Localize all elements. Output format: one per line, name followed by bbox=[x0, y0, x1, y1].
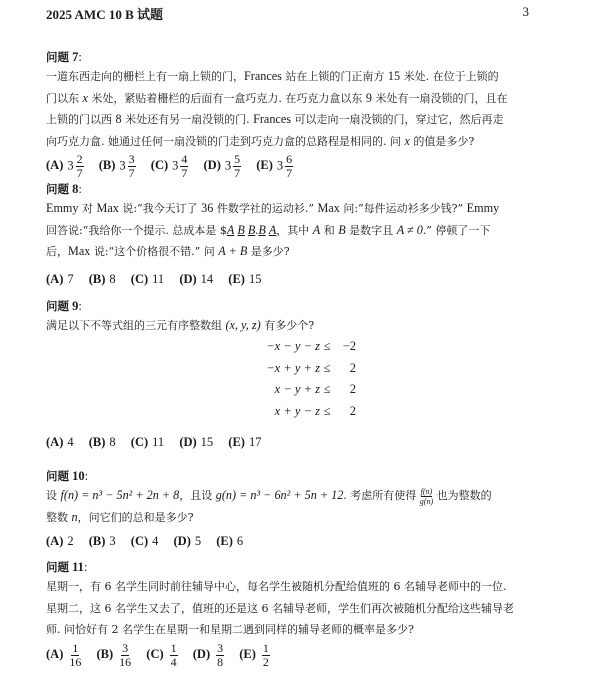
text-fragment: : bbox=[78, 299, 81, 313]
text-fragment: A + B bbox=[218, 244, 247, 258]
text-fragment: 3 bbox=[128, 153, 136, 167]
text-fragment: 8 bbox=[109, 272, 115, 286]
text-fragment: 2 bbox=[334, 379, 356, 401]
text-fragment: 16 bbox=[119, 656, 131, 669]
text-fragment: Frances bbox=[244, 69, 282, 83]
choice-a[interactable]: (A)116 bbox=[46, 642, 81, 669]
text-fragment: : bbox=[84, 560, 87, 574]
text-fragment: ，且设 bbox=[179, 489, 216, 502]
text-fragment: : bbox=[78, 50, 81, 64]
text-fragment: 问题 bbox=[46, 299, 69, 313]
text-fragment: 说:“这个价格很不错.” 问 bbox=[90, 245, 218, 258]
text-fragment: ≤ bbox=[320, 358, 334, 380]
text-fragment: 3 bbox=[172, 158, 178, 172]
text-fragment: 15 bbox=[249, 272, 262, 286]
inequality-system: −x − y − z≤−2 −x + y + z≤2 x − y + z≤2 x… bbox=[230, 336, 356, 422]
text-fragment: (B) bbox=[96, 647, 113, 661]
choice-b[interactable]: (B)337 bbox=[99, 153, 136, 180]
text-fragment: 站在上锁的门正南方 bbox=[282, 70, 388, 83]
fraction: 57 bbox=[233, 153, 241, 180]
text-fragment: 3 bbox=[277, 158, 283, 172]
page-header: 2025 AMC 10 B 试题 3 bbox=[46, 4, 529, 22]
text-fragment: 7 bbox=[234, 167, 240, 180]
text-fragment: (B) bbox=[89, 534, 106, 548]
choice-e[interactable]: (E)367 bbox=[256, 153, 293, 180]
text-fragment: (A) bbox=[46, 158, 63, 172]
text-fragment: (E) bbox=[228, 435, 245, 449]
text-fragment: B bbox=[248, 223, 255, 237]
text-fragment: 上锁的门以西 bbox=[46, 113, 116, 126]
text-fragment: 2 bbox=[334, 358, 356, 380]
choice-b[interactable]: (B)316 bbox=[96, 642, 131, 669]
text-fragment: 问题 bbox=[46, 50, 69, 64]
choice-a[interactable]: (A)4 bbox=[46, 431, 74, 453]
text-fragment: 米处，紧贴着栅栏的后面有一盒巧克力. 在巧克力盒以东 bbox=[88, 92, 366, 105]
text-fragment: B bbox=[237, 223, 244, 237]
text-fragment: 10 bbox=[72, 469, 85, 483]
choice-b[interactable]: (B)8 bbox=[89, 431, 116, 453]
text-fragment: 满足以下不等式组的三元有序整数组 bbox=[46, 319, 226, 332]
text-fragment: g(n) = n³ − 6n² + 5n + 12 bbox=[216, 488, 344, 502]
text-fragment: (A) bbox=[46, 435, 63, 449]
text-fragment: Frances bbox=[253, 112, 291, 126]
fraction: 27 bbox=[76, 153, 84, 180]
text-fragment: 1 bbox=[262, 642, 270, 656]
text-fragment: 星期一，有 6 名学生同时前往辅导中心，每名学生被随机分配给值班的 6 名辅导老… bbox=[46, 576, 536, 598]
text-fragment: ≤ bbox=[320, 336, 334, 358]
text-fragment: −x − y − z bbox=[230, 336, 320, 358]
question-body: 星期一，有 6 名学生同时前往辅导中心，每名学生被随机分配给值班的 6 名辅导老… bbox=[46, 576, 536, 641]
text-fragment: 整数 bbox=[46, 511, 72, 524]
fraction: 316 bbox=[119, 642, 131, 669]
choice-c[interactable]: (C)347 bbox=[151, 153, 189, 180]
text-fragment: (C) bbox=[131, 534, 148, 548]
choice-e[interactable]: (E)17 bbox=[228, 431, 261, 453]
text-fragment: g(n) bbox=[420, 497, 433, 506]
inequality-row: −x + y + z≤2 bbox=[230, 358, 356, 380]
text-fragment: (x, y, z) bbox=[226, 318, 261, 332]
text-fragment: 星期二，这 6 名学生又去了，值班的还是这 6 名辅导老师，学生们再次被随机分配… bbox=[46, 598, 536, 620]
text-fragment: 7 bbox=[67, 272, 73, 286]
text-fragment: 36 bbox=[201, 201, 213, 215]
text-fragment: 回答说:“我给你一个提示. 总成本是 $ bbox=[46, 224, 227, 237]
text-fragment: 是数字且 bbox=[346, 224, 397, 237]
text-fragment: Max bbox=[68, 244, 90, 258]
choice-b[interactable]: (B)3 bbox=[89, 530, 116, 552]
text-fragment: 8 bbox=[217, 656, 223, 669]
question-body: 满足以下不等式组的三元有序整数组 (x, y, z) 有多少个? bbox=[46, 315, 536, 337]
fraction: 12 bbox=[262, 642, 270, 669]
text-fragment: 3 bbox=[225, 158, 231, 172]
text-fragment: f(n) bbox=[421, 487, 433, 497]
choice-d[interactable]: (D)15 bbox=[179, 431, 213, 453]
text-fragment: (D) bbox=[179, 272, 196, 286]
text-fragment: (A) bbox=[46, 272, 63, 286]
text-fragment: (E) bbox=[239, 647, 256, 661]
choice-e[interactable]: (E)12 bbox=[239, 642, 270, 669]
question-11: 问题 11: 星期一，有 6 名学生同时前往辅导中心，每名学生被随机分配给值班的… bbox=[46, 558, 536, 669]
question-7: 问题 7: 一道东西走向的栅栏上有一扇上锁的门，Frances 站在上锁的门正南… bbox=[46, 48, 536, 180]
choice-d[interactable]: (D)5 bbox=[174, 530, 202, 552]
text-fragment: (C) bbox=[131, 272, 148, 286]
text-fragment: (D) bbox=[174, 534, 191, 548]
text-fragment: 米处有一扇没锁的门，且在 bbox=[372, 92, 508, 105]
inequality-row: −x − y − z≤−2 bbox=[230, 336, 356, 358]
text-fragment: 14 bbox=[201, 272, 214, 286]
answer-choices: (A)7 (B)8 (C)11 (D)14 (E)15 bbox=[46, 267, 536, 290]
text-fragment: (E) bbox=[256, 158, 273, 172]
text-fragment: 向巧克力盒. 她通过任何一扇没锁的门走到巧克力盒的总路程是相同的. 问 bbox=[46, 135, 404, 148]
answer-choices: (A)116 (B)316 (C)14 (D)38 (E)12 bbox=[46, 642, 536, 669]
text-fragment: 米处. 在位于上锁的 bbox=[400, 70, 499, 83]
question-8: 问题 8: Emmy 对 Max 说:“我今天订了 36 件数学社的运动衫.” … bbox=[46, 180, 536, 290]
page-number: 3 bbox=[523, 4, 530, 20]
text-fragment: (A) bbox=[46, 534, 63, 548]
text-fragment: 11 bbox=[152, 272, 164, 286]
fraction: 47 bbox=[180, 153, 188, 180]
text-fragment: 和 bbox=[320, 224, 338, 237]
text-fragment: 也为整数的 bbox=[433, 489, 492, 502]
text-fragment: (D) bbox=[179, 435, 196, 449]
question-title: 问题 7: bbox=[46, 48, 536, 66]
text-fragment: 有多少个? bbox=[261, 319, 314, 332]
text-fragment: 师. 问恰好有 2 名学生在星期一和星期二遇到同样的辅导老师的概率是多少? bbox=[46, 619, 536, 641]
text-fragment: 8 bbox=[109, 435, 115, 449]
text-fragment: x + y − z bbox=[230, 401, 320, 423]
text-fragment: ≤ bbox=[320, 379, 334, 401]
text-fragment: 4 bbox=[67, 435, 73, 449]
text-fragment: 米处还有另一扇没锁的门. bbox=[122, 113, 254, 126]
text-fragment: Max bbox=[317, 201, 339, 215]
fraction: 67 bbox=[285, 153, 293, 180]
text-fragment: 问题 bbox=[46, 560, 69, 574]
fraction-f-over-g: f(n)g(n) bbox=[420, 487, 433, 506]
choice-d[interactable]: (D)357 bbox=[204, 153, 242, 180]
text-fragment: −2 bbox=[334, 336, 356, 358]
text-fragment: (B) bbox=[89, 272, 106, 286]
text-fragment: (E) bbox=[228, 272, 245, 286]
document-title: 2025 AMC 10 B 试题 bbox=[46, 7, 163, 22]
choice-a[interactable]: (A)327 bbox=[46, 153, 84, 180]
text-fragment: 16 bbox=[69, 656, 81, 669]
text-fragment: : bbox=[78, 182, 81, 196]
choice-c[interactable]: (C)14 bbox=[146, 642, 177, 669]
question-title: 问题 9: bbox=[46, 297, 536, 315]
text-fragment: 6 bbox=[237, 534, 243, 548]
text-fragment: (A) bbox=[46, 647, 63, 661]
text-fragment: 17 bbox=[249, 435, 262, 449]
text-fragment: 11 bbox=[72, 560, 84, 574]
question-title: 问题 8: bbox=[46, 180, 536, 198]
answer-choices: (A)2 (B)3 (C)4 (D)5 (E)6 bbox=[46, 529, 536, 552]
choice-a[interactable]: (A)7 bbox=[46, 268, 74, 290]
text-fragment: Emmy bbox=[46, 201, 79, 215]
text-fragment: 问:“每件运动衫多少钱?” bbox=[340, 202, 467, 215]
text-fragment: 门以东 bbox=[46, 92, 83, 105]
text-fragment: (C) bbox=[151, 158, 168, 172]
text-fragment: ，问它们的总和是多少? bbox=[78, 511, 194, 524]
text-fragment: (C) bbox=[146, 647, 163, 661]
fraction: 38 bbox=[216, 642, 224, 669]
fraction: 14 bbox=[170, 642, 178, 669]
text-fragment: 6 bbox=[285, 153, 293, 167]
text-fragment: 一道东西走向的栅栏上有一扇上锁的门， bbox=[46, 70, 244, 83]
text-fragment: B bbox=[338, 223, 345, 237]
choice-d[interactable]: (D)14 bbox=[179, 268, 213, 290]
text-fragment: ≤ bbox=[320, 401, 334, 423]
text-fragment: 3 bbox=[121, 642, 129, 656]
text-fragment: (D) bbox=[204, 158, 221, 172]
text-fragment: 15 bbox=[388, 69, 400, 83]
text-fragment: 2 bbox=[334, 401, 356, 423]
choice-c[interactable]: (C)11 bbox=[131, 431, 164, 453]
question-body: 设 f(n) = n³ − 5n² + 2n + 8，且设 g(n) = n³ … bbox=[46, 485, 536, 528]
text-fragment: 15 bbox=[201, 435, 214, 449]
text-fragment: 2 bbox=[67, 534, 73, 548]
answer-choices: (A)4 (B)8 (C)11 (D)15 (E)17 bbox=[46, 430, 536, 453]
text-fragment: 5 bbox=[233, 153, 241, 167]
text-fragment: (E) bbox=[216, 534, 233, 548]
text-fragment: 的值是多少? bbox=[410, 135, 474, 148]
question-body: Emmy 对 Max 说:“我今天订了 36 件数学社的运动衫.” Max 问:… bbox=[46, 198, 536, 263]
text-fragment: 设 bbox=[46, 489, 61, 502]
text-fragment: 7 bbox=[286, 167, 292, 180]
text-fragment: (C) bbox=[131, 435, 148, 449]
text-fragment: Max bbox=[97, 201, 119, 215]
fraction: 116 bbox=[69, 642, 81, 669]
choice-e[interactable]: (E)6 bbox=[216, 530, 243, 552]
choice-c[interactable]: (C)4 bbox=[131, 530, 159, 552]
text-fragment: 7 bbox=[129, 167, 135, 180]
text-fragment: (D) bbox=[193, 647, 210, 661]
text-fragment: 件数学社的运动衫.” bbox=[213, 202, 317, 215]
text-fragment: ，其中 bbox=[276, 224, 313, 237]
text-fragment: 问题 bbox=[46, 182, 69, 196]
text-fragment: B bbox=[258, 223, 265, 237]
question-9-choices: (A)4 (B)8 (C)11 (D)15 (E)17 bbox=[46, 430, 536, 453]
fraction: 37 bbox=[128, 153, 136, 180]
text-fragment: A ≠ 0 bbox=[397, 223, 423, 237]
question-title: 问题 11: bbox=[46, 558, 536, 576]
text-fragment: : bbox=[85, 469, 88, 483]
text-fragment: 说:“我今天订了 bbox=[119, 202, 201, 215]
choice-a[interactable]: (A)2 bbox=[46, 530, 74, 552]
text-fragment: 2 bbox=[263, 656, 269, 669]
text-fragment: 7 bbox=[181, 167, 187, 180]
question-title: 问题 10: bbox=[46, 467, 536, 485]
text-fragment: 1 bbox=[170, 642, 178, 656]
text-fragment: 4 bbox=[180, 153, 188, 167]
text-fragment: . 考虑所有使得 bbox=[343, 489, 420, 502]
text-fragment: 后， bbox=[46, 245, 68, 258]
text-fragment: 7 bbox=[77, 167, 83, 180]
text-fragment: A bbox=[227, 223, 234, 237]
text-fragment: x − y + z bbox=[230, 379, 320, 401]
text-fragment: 1 bbox=[71, 642, 79, 656]
text-fragment: 对 bbox=[79, 202, 97, 215]
inequality-row: x − y + z≤2 bbox=[230, 379, 356, 401]
text-fragment: f(n) = n³ − 5n² + 2n + 8 bbox=[61, 488, 180, 502]
text-fragment: (B) bbox=[89, 435, 106, 449]
inequality-row: x + y − z≤2 bbox=[230, 401, 356, 423]
choice-d[interactable]: (D)38 bbox=[193, 642, 224, 669]
text-fragment: 4 bbox=[171, 656, 177, 669]
question-9: 问题 9: 满足以下不等式组的三元有序整数组 (x, y, z) 有多少个? bbox=[46, 297, 536, 337]
text-fragment: 4 bbox=[152, 534, 158, 548]
text-fragment: 3 bbox=[119, 158, 125, 172]
text-fragment: 问题 bbox=[46, 469, 69, 483]
text-fragment: 11 bbox=[152, 435, 164, 449]
text-fragment: Emmy bbox=[467, 201, 500, 215]
text-fragment: 3 bbox=[216, 642, 224, 656]
text-fragment: 3 bbox=[67, 158, 73, 172]
text-fragment: 是多少? bbox=[247, 245, 289, 258]
question-body: 一道东西走向的栅栏上有一扇上锁的门，Frances 站在上锁的门正南方 15 米… bbox=[46, 66, 536, 152]
answer-choices: (A)327 (B)337 (C)347 (D)357 (E)367 bbox=[46, 153, 536, 180]
choice-e[interactable]: (E)15 bbox=[228, 268, 261, 290]
text-fragment: 可以走向一扇没锁的门，穿过它，然后再走 bbox=[291, 113, 504, 126]
text-fragment: (B) bbox=[99, 158, 116, 172]
text-fragment: 3 bbox=[109, 534, 115, 548]
text-fragment: .” 停顿了一下 bbox=[423, 224, 491, 237]
choice-b[interactable]: (B)8 bbox=[89, 268, 116, 290]
text-fragment: 2 bbox=[76, 153, 84, 167]
text-fragment: −x + y + z bbox=[230, 358, 320, 380]
choice-c[interactable]: (C)11 bbox=[131, 268, 164, 290]
text-fragment: 5 bbox=[195, 534, 201, 548]
question-10: 问题 10: 设 f(n) = n³ − 5n² + 2n + 8，且设 g(n… bbox=[46, 467, 536, 552]
